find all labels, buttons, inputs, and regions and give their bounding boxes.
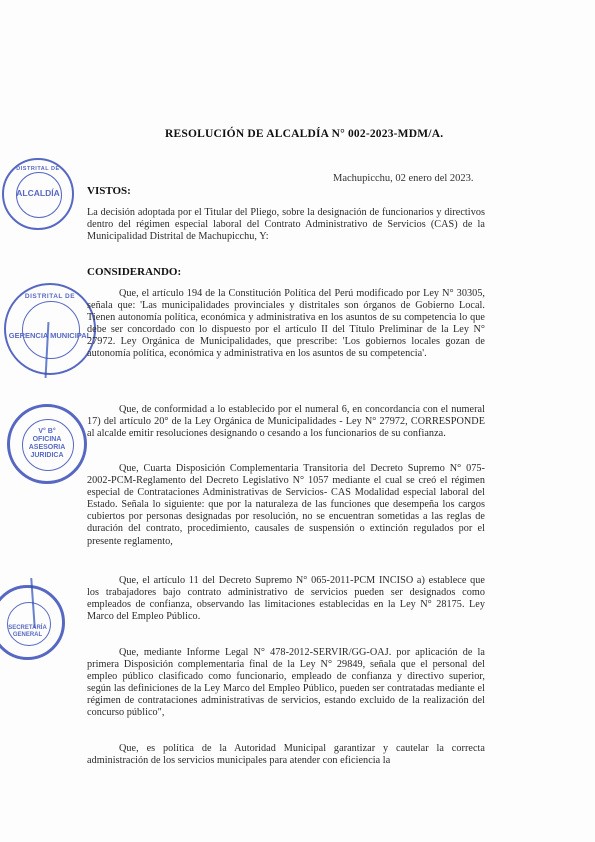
stamp-line-asesoria: ASESORIA: [29, 444, 66, 452]
considerando-paragraph-1: Que, el artículo 194 de la Constitución …: [87, 288, 485, 361]
place-date: Machupicchu, 02 enero del 2023.: [333, 173, 474, 184]
considerando-heading: CONSIDERANDO:: [87, 266, 181, 278]
asesoria-juridica-stamp: V° B° OFICINA ASESORIA JURIDICA: [7, 404, 87, 484]
alcaldia-stamp: DISTRITAL DE ALCALDÍA: [2, 158, 74, 230]
vistos-heading: VISTOS:: [87, 185, 131, 197]
stamp-line-vb: V° B°: [29, 428, 66, 436]
stamp-ring-text: DISTRITAL DE: [16, 166, 59, 172]
resolution-title: RESOLUCIÓN DE ALCALDÍA N° 002-2023-MDM/A…: [165, 128, 465, 140]
stamp-center-text: ALCALDÍA: [16, 189, 59, 199]
considerando-paragraph-5: Que, mediante Informe Legal N° 478-2012-…: [87, 647, 485, 720]
stamp-center-text: SECRETARÍA GENERAL: [8, 625, 48, 639]
considerando-paragraph-3: Que, Cuarta Disposición Complementaria T…: [87, 463, 485, 548]
stamp-line-oficina: OFICINA: [29, 436, 66, 444]
stamp-center-text: GERENCIA MUNICIPAL: [9, 331, 92, 341]
stamp-ring-text: DISTRITAL DE: [25, 293, 75, 300]
vistos-paragraph: La decisión adoptada por el Titular del …: [87, 207, 485, 243]
considerando-paragraph-2: Que, de conformidad a lo establecido por…: [87, 404, 485, 440]
stamp-line-juridica: JURIDICA: [29, 452, 66, 460]
considerando-paragraph-4: Que, el artículo 11 del Decreto Supremo …: [87, 575, 485, 623]
considerando-paragraph-6: Que, es política de la Autoridad Municip…: [87, 743, 485, 767]
document-page: DISTRITAL DE ALCALDÍA DISTRITAL DE GEREN…: [0, 0, 595, 842]
gerencia-municipal-stamp: DISTRITAL DE GERENCIA MUNICIPAL: [4, 283, 96, 375]
